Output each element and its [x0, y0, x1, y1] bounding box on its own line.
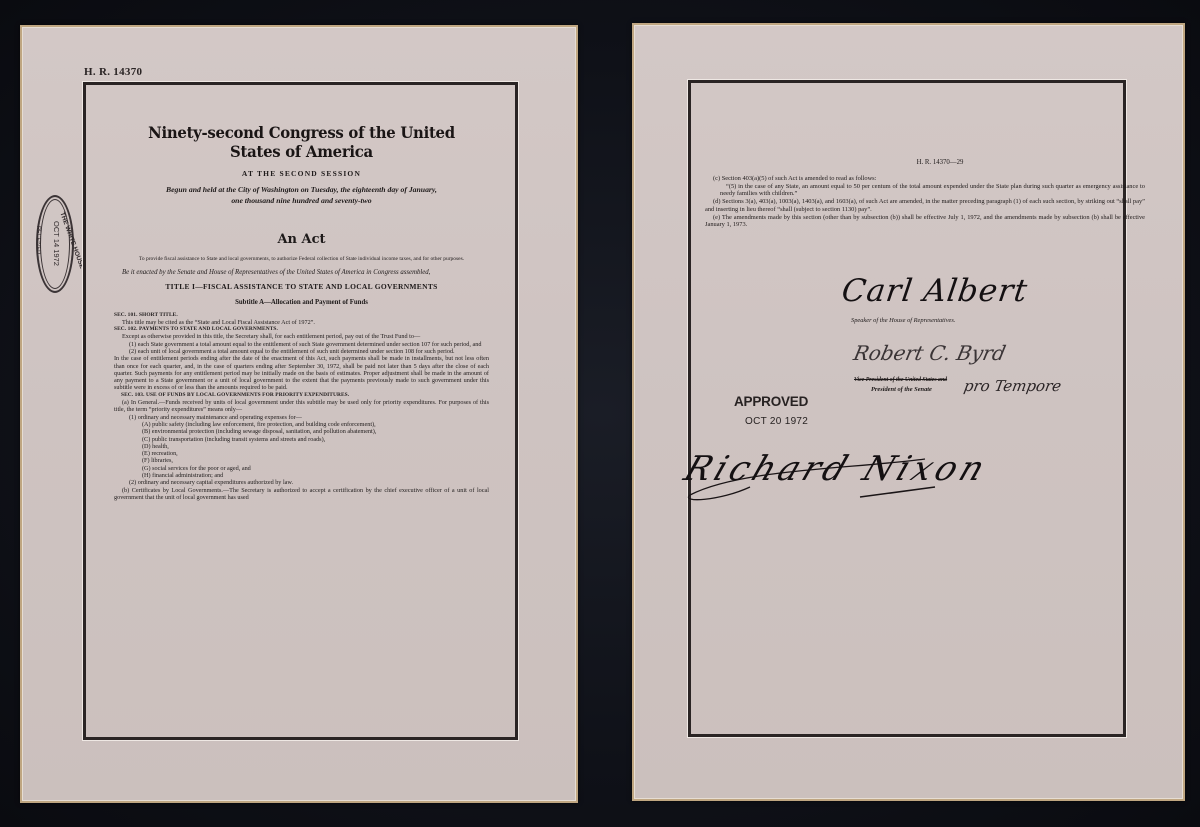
priority-list: (A) public safety (including law enforce… [114, 421, 489, 479]
quoted-paragraph: “(5) in the case of any State, an amount… [705, 183, 1145, 198]
list-item: (B) environmental protection (including … [142, 428, 489, 435]
approved-stamp: APPROVED [734, 394, 808, 409]
section-paragraph: (2) ordinary and necessary capital expen… [114, 479, 489, 486]
handwritten-pro-tempore: pro Tempore [962, 377, 1062, 395]
vice-president-caption-struck: Vice President of the United States and [854, 377, 947, 383]
stamp-date: OCT 14 1972 [52, 221, 61, 266]
subtitle-heading: Subtitle A—Allocation and Payment of Fun… [114, 299, 489, 306]
begun-line: Begun and held at the City of Washington… [114, 184, 489, 206]
senate-caption: President of the Senate [871, 386, 932, 393]
president-signature: Richard Nixon [679, 449, 994, 489]
section-heading: SEC. 102. PAYMENTS TO STATE AND LOCAL GO… [114, 326, 489, 333]
senate-signature: Robert C. Byrd [851, 341, 1007, 365]
stamp-org: THE WHITE HOUSE [58, 211, 85, 269]
section-paragraph: (1) each State government a total amount… [114, 341, 489, 348]
act-heading: An Act [114, 232, 489, 247]
session-line: AT THE SECOND SESSION [114, 169, 489, 178]
section-text: Except as otherwise provided in this tit… [114, 333, 489, 340]
begun-line-2: one thousand nine hundred and seventy-tw… [114, 195, 489, 206]
list-item: (G) social services for the poor or aged… [142, 465, 489, 472]
section-heading: SEC. 101. SHORT TITLE. [114, 312, 489, 319]
act-purpose: To provide fiscal assistance to State an… [114, 255, 489, 263]
approved-date: OCT 20 1972 [745, 416, 808, 427]
stamp-label: RECEIVED [35, 226, 41, 254]
list-item: (D) health, [142, 443, 489, 450]
white-house-received-stamp: THE WHITE HOUSE OCT 14 1972 RECEIVED [36, 195, 74, 293]
document-border: Ninety-second Congress of the United Sta… [83, 82, 518, 740]
page-header: H. R. 14370—29 [705, 159, 1145, 166]
list-item: (F) libraries, [142, 457, 489, 464]
section-paragraph: (c) Section 403(a)(5) of such Act is ame… [705, 175, 1145, 183]
section-text: In the case of entitlement periods endin… [114, 355, 489, 391]
speaker-caption: Speaker of the House of Representatives. [851, 317, 955, 324]
bill-body: (c) Section 403(a)(5) of such Act is ame… [705, 175, 1145, 229]
list-item: (A) public safety (including law enforce… [142, 421, 489, 428]
list-item: (E) recreation, [142, 450, 489, 457]
section-text: (b) Certificates by Local Governments.—T… [114, 487, 489, 502]
list-item: (H) financial administration; and [142, 472, 489, 479]
list-item: (C) public transportation (including tra… [142, 436, 489, 443]
document-page-left: H. R. 14370 THE WHITE HOUSE OCT 14 1972 … [20, 25, 578, 803]
section-paragraph: (e) The amendments made by this section … [705, 214, 1145, 229]
congress-title: Ninety-second Congress of the United Sta… [127, 123, 476, 161]
title-heading: TITLE I—FISCAL ASSISTANCE TO STATE AND L… [114, 283, 489, 292]
bill-body: SEC. 101. SHORT TITLE. This title may be… [114, 312, 489, 502]
section-text: (a) In General.—Funds received by units … [114, 399, 489, 414]
document-page-right: H. R. 14370—29 (c) Section 403(a)(5) of … [632, 23, 1185, 801]
begun-line-1: Begun and held at the City of Washington… [114, 184, 489, 195]
section-heading: SEC. 103. USE OF FUNDS BY LOCAL GOVERNME… [114, 392, 489, 399]
section-text: This title may be cited as the “State an… [114, 319, 489, 326]
section-paragraph: (1) ordinary and necessary maintenance a… [114, 414, 489, 421]
section-paragraph: (d) Sections 3(a), 403(a), 1003(a), 1403… [705, 198, 1145, 213]
bill-number: H. R. 14370 [84, 66, 142, 78]
enacting-clause: Be it enacted by the Senate and House of… [114, 269, 489, 277]
speaker-signature: Carl Albert [839, 273, 1030, 309]
section-paragraph: (2) each unit of local government a tota… [114, 348, 489, 355]
